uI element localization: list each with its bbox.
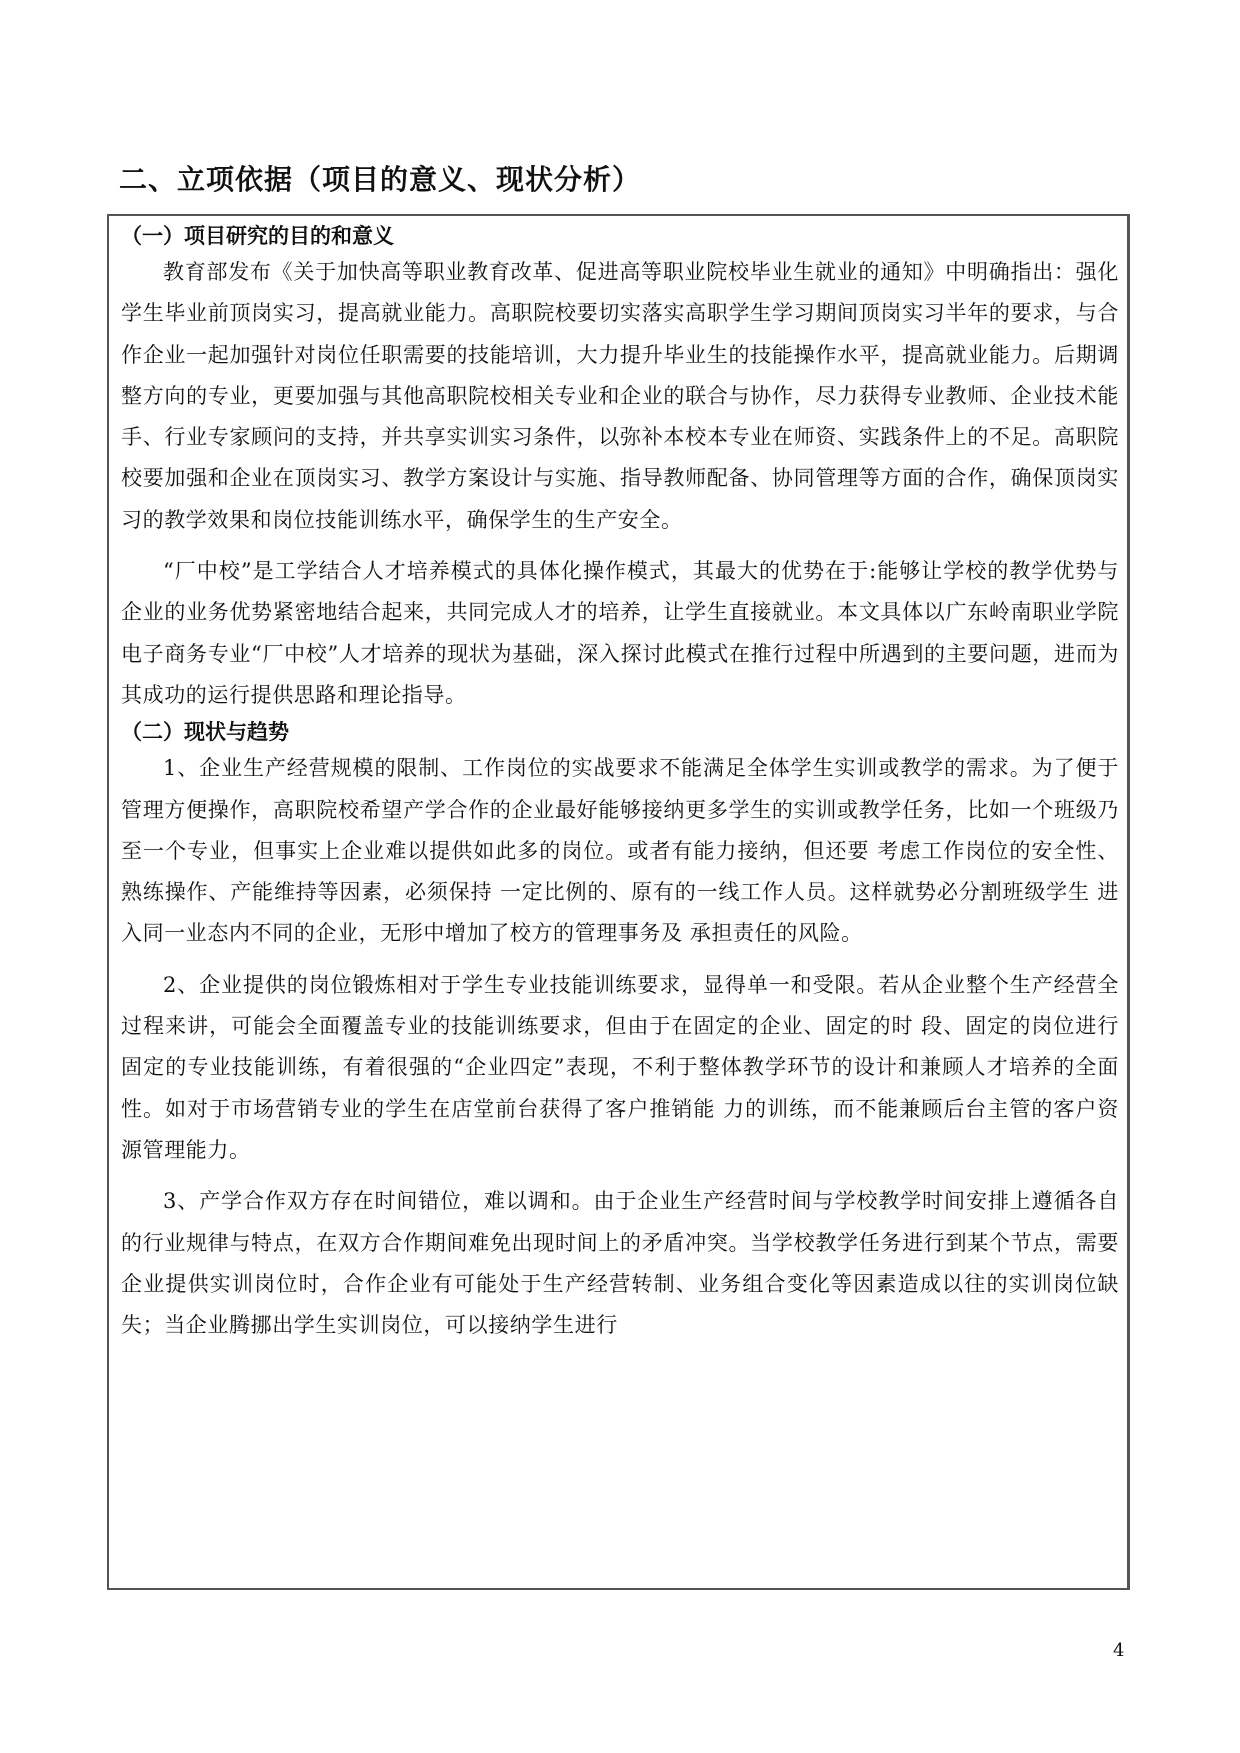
page-number: 4 (1113, 1640, 1124, 1661)
subsection-heading-status: （二）现状与趋势 (121, 716, 1119, 748)
paragraph: 教育部发布《关于加快高等职业教育改革、促进高等职业院校毕业生就业的通知》中明确指… (121, 252, 1119, 541)
section-title: 二、立项依据（项目的意义、现状分析） (119, 158, 641, 198)
content-box: （一）项目研究的目的和意义 教育部发布《关于加快高等职业教育改革、促进高等职业院… (107, 214, 1130, 1590)
paragraph: 2、企业提供的岗位锻炼相对于学生专业技能训练要求，显得单一和受限。若从企业整个生… (121, 965, 1119, 1171)
paragraph: 3、产学合作双方存在时间错位，难以调和。由于企业生产经营时间与学校教学时间安排上… (121, 1181, 1119, 1346)
subsection-heading-purpose: （一）项目研究的目的和意义 (121, 220, 1119, 252)
content-body: （一）项目研究的目的和意义 教育部发布《关于加快高等职业教育改革、促进高等职业院… (121, 220, 1119, 1346)
paragraph: “厂中校”是工学结合人才培养模式的具体化操作模式，其最大的优势在于:能够让学校的… (121, 551, 1119, 716)
paragraph: 1、企业生产经营规模的限制、工作岗位的实战要求不能满足全体学生实训或教学的需求。… (121, 748, 1119, 954)
